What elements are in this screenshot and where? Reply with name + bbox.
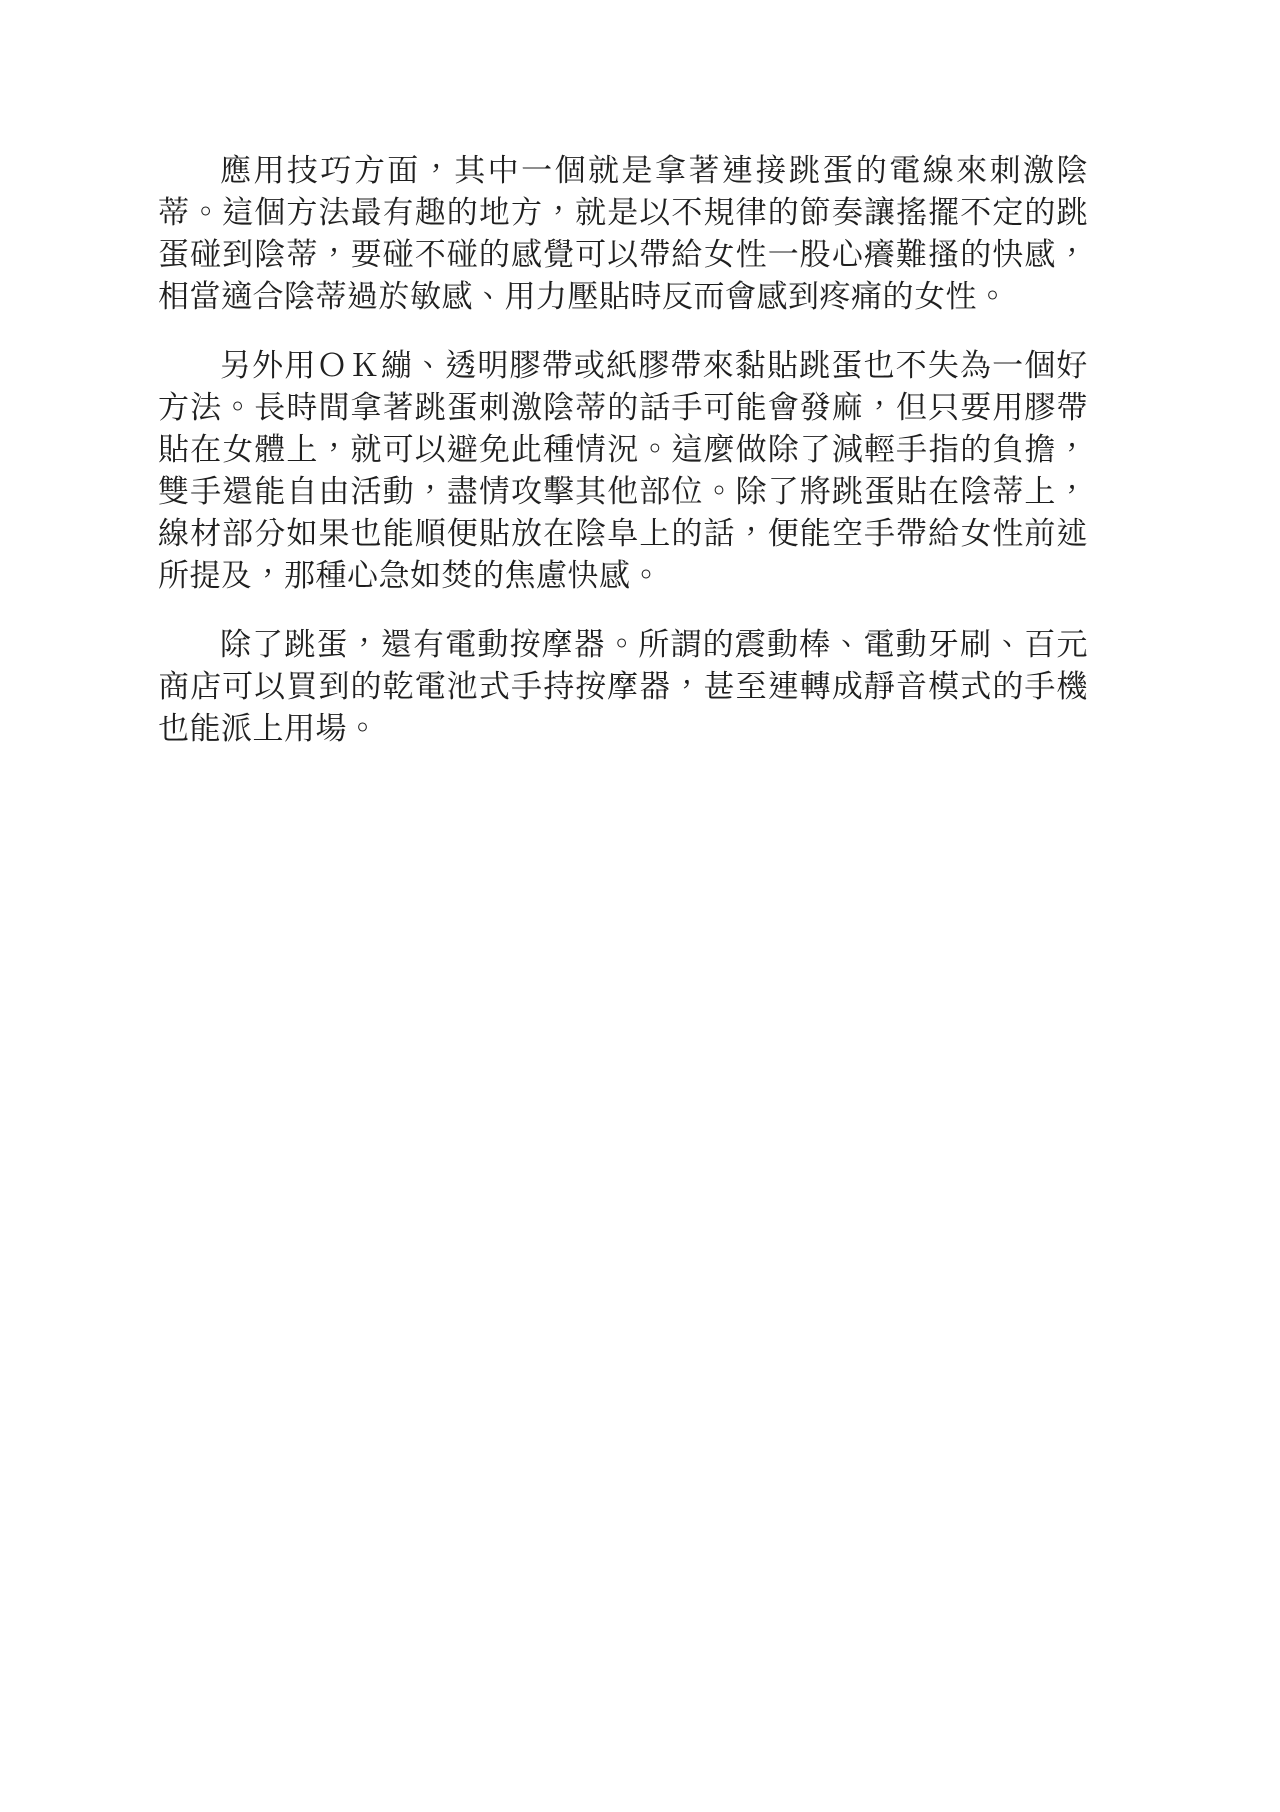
text-block: 應用技巧方面，其中一個就是拿著連接跳蛋的電線來刺激陰蒂。這個方法最有趣的地方，就… xyxy=(158,150,1088,777)
paragraph: 應用技巧方面，其中一個就是拿著連接跳蛋的電線來刺激陰蒂。這個方法最有趣的地方，就… xyxy=(158,150,1088,318)
document-page: 應用技巧方面，其中一個就是拿著連接跳蛋的電線來刺激陰蒂。這個方法最有趣的地方，就… xyxy=(0,0,1280,1812)
paragraph: 另外用ＯＫ繃、透明膠帶或紙膠帶來黏貼跳蛋也不失為一個好方法。長時間拿著跳蛋刺激陰… xyxy=(158,345,1088,597)
paragraph: 除了跳蛋，還有電動按摩器。所謂的震動棒、電動牙刷、百元商店可以買到的乾電池式手持… xyxy=(158,624,1088,750)
